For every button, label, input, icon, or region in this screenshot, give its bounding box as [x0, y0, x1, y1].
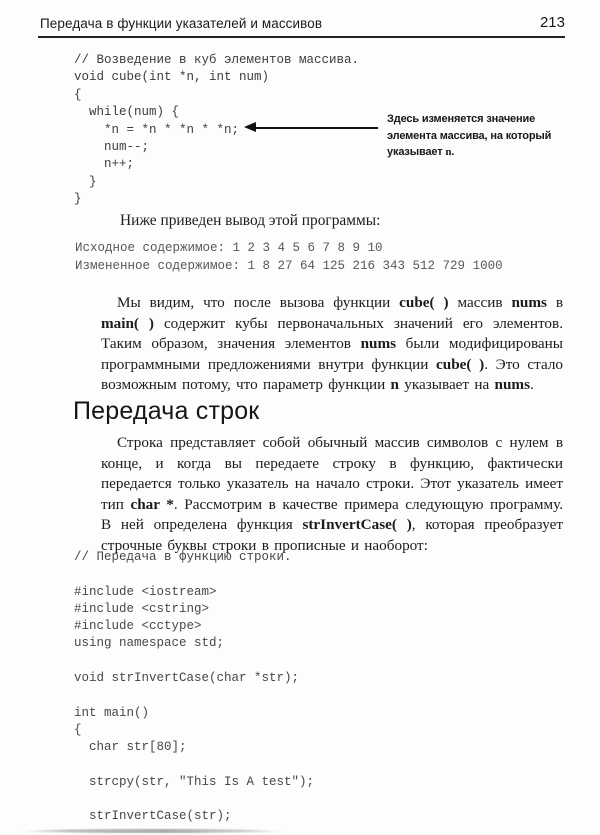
book-page: Передача в функции указателей и массивов…	[0, 0, 600, 835]
bold-term: main( )	[101, 315, 154, 332]
page-number: 213	[540, 14, 565, 31]
bold-term: cube( )	[436, 356, 484, 373]
bold-term: char *	[130, 496, 173, 513]
output-intro: Ниже приведен вывод этой программы:	[120, 212, 380, 230]
bold-term: strInvertCase( )	[302, 516, 411, 533]
text-run: Здесь изменяется значение элемента масси…	[387, 113, 551, 158]
section-heading: Передача строк	[73, 397, 259, 426]
text-run: в	[547, 294, 563, 311]
running-head-rule	[38, 36, 565, 38]
bold-term: cube( )	[399, 294, 448, 311]
paragraph-commentary: Мы видим, что после вызова функции cube(…	[101, 293, 563, 396]
scan-shadow	[22, 829, 284, 833]
arrow-shaft	[253, 127, 378, 129]
code-listing-strinvertcase: // Передача в функцию строки. #include <…	[74, 549, 314, 826]
paragraph-strings: Строка представляет собой обычный массив…	[101, 433, 563, 556]
text-run: массив	[449, 294, 512, 311]
bold-term: nums	[511, 294, 546, 311]
program-output: Исходное содержимое: 1 2 3 4 5 6 7 8 9 1…	[75, 239, 503, 275]
text-run: указывает на	[399, 376, 495, 393]
bold-term: nums	[495, 376, 530, 393]
bold-term: n	[391, 376, 399, 393]
text-run: .	[530, 376, 534, 393]
bold-term: nums	[361, 335, 396, 352]
margin-note: Здесь изменяется значение элемента масси…	[387, 111, 585, 161]
running-head-title: Передача в функции указателей и массивов	[40, 16, 322, 31]
text-run: Мы видим, что после вызова функции	[117, 294, 399, 311]
left-arrow-icon	[244, 121, 378, 134]
text-run: .	[451, 146, 454, 158]
